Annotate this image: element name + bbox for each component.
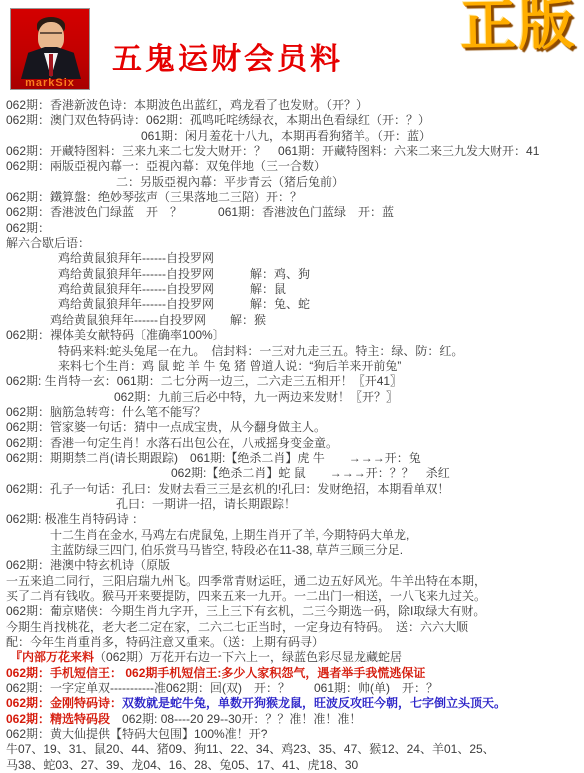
text-line: 062期：孔子一句话：孔曰：发财去看三三是玄机的!孔曰：发财绝招，本期看单双！ bbox=[6, 482, 580, 497]
text-line: 鸡给黄鼠狼拜年------自投罗网 解：鼠 bbox=[6, 282, 580, 297]
text-segment: 062期：管家婆一句话：猜中一点成宝贵，从今翻身做主人。 bbox=[6, 420, 326, 434]
text-segment: 062期：裸体美女献特码〔准确率100%〕 bbox=[6, 328, 225, 342]
text-segment: 062期：脑筋急转弯：什么笔不能写？ bbox=[6, 405, 206, 419]
page: { "header": { "title": "五鬼运财会员料", "stamp… bbox=[0, 0, 584, 773]
portrait-caption: markSix bbox=[11, 77, 89, 89]
text-line: 061期：闲月羞花十八九，本期再看狗猪羊。（开：蓝） bbox=[6, 129, 580, 144]
text-segment: 鸡给黄鼠狼拜年------自投罗网 解：兔、蛇 bbox=[58, 297, 310, 311]
text-line: 062期：精选特码段 062期: 08----20 29--30开：？？准！准！… bbox=[6, 712, 580, 727]
text-segment: 062期：手机短信王： 062期手机短信王:多少人家积怨气，遇者举手我慌逃保证 bbox=[6, 666, 425, 680]
text-line: 062期：香港一句定生肖！水落石出包公在，八戒摇身变金童。 bbox=[6, 436, 580, 451]
text-segment: 买了二肖有钱收。猴马开来要提防，四来五来一九开。一二出门一相送，一八飞来九过关。 bbox=[6, 589, 486, 603]
text-segment: 孔曰：一期讲一招，请长期跟踪！ bbox=[116, 497, 296, 511]
text-segment: 鸡给黄鼠狼拜年------自投罗网 解：鼠 bbox=[58, 282, 286, 296]
text-segment: 062期：澳门双色特码诗：062期：孤鸣吒咤绣绿衣，本期出色看绿红（开：？） bbox=[6, 113, 430, 127]
text-line: 062期：鐵算盤：绝妙琴弦声（三果落地二三陪）开：？ bbox=[6, 190, 580, 205]
text-line: 062期:【绝杀二肖】蛇 鼠 →→→开：？？ 杀红 bbox=[6, 466, 580, 481]
text-line: 062期：手机短信王： 062期手机短信王:多少人家积怨气，遇者举手我慌逃保证 bbox=[6, 666, 580, 681]
text-segment: 双数就是蛇牛兔，单数开狗猴龙鼠，旺波反攻旺今朝，七字倒立头顶天。 bbox=[122, 696, 506, 710]
text-segment: 062期：一字定单双-----------准062期：回(双) 开：？ 061期… bbox=[6, 681, 438, 695]
text-line: 主蓝防绿三四门, 伯乐赏马马皆空, 特段必在11-38, 草芦三顾三分足. bbox=[6, 543, 580, 558]
text-segment: 鸡给黄鼠狼拜年------自投罗网 解：鸡、狗 bbox=[58, 267, 310, 281]
text-segment: 二：另版亞視內幕：平步青云（猪后兔前） bbox=[116, 175, 344, 189]
text-segment: 一五来追二同行，三阳启瑞九州飞。四季常青财运旺，通二边五好风光。牛羊出特在本期， bbox=[6, 574, 486, 588]
text-line: 今期生肖找桃花，老大老二定在家，二六二七正当时，一定身边有特码。 送：六六大顺 bbox=[6, 620, 580, 635]
text-line: 062期：葡京赌侠：今期生肖九字开，三上三下有玄机，二三今期选一码，除I取绿大有… bbox=[6, 604, 580, 619]
text-line: 062期：澳门双色特码诗：062期：孤鸣吒咤绣绿衣，本期出色看绿红（开：？） bbox=[6, 113, 580, 128]
text-segment: 062期：香港一句定生肖！水落石出包公在，八戒摇身变金童。 bbox=[6, 436, 338, 450]
text-segment: 062期：香港波色门绿蓝 开 ？ 061期：香港波色门蓝绿 开：蓝 bbox=[6, 205, 394, 219]
text-segment: 『内部万花来料 bbox=[10, 650, 94, 664]
text-line: 062期：期期禁二肖(请长期跟踪) 061期:【绝杀二肖】虎 牛 →→→开：兔 bbox=[6, 451, 580, 466]
text-segment: 062期：期期禁二肖(请长期跟踪) 061期:【绝杀二肖】虎 牛 →→→开：兔 bbox=[6, 451, 421, 465]
text-line: 一五来追二同行，三阳启瑞九州飞。四季常青财运旺，通二边五好风光。牛羊出特在本期， bbox=[6, 574, 580, 589]
text-line: 062期： bbox=[6, 221, 580, 236]
text-line: 062期：开藏特图料：三来九来二七发大财开：？ 061期：开藏特图料：六来二来三… bbox=[6, 144, 580, 159]
text-line: 十二生肖在金水, 马鸡左右虎鼠兔, 上期生肖开了羊, 今期特码大单龙, bbox=[6, 528, 580, 543]
text-line: 鸡给黄鼠狼拜年------自投罗网 解：兔、蛇 bbox=[6, 297, 580, 312]
genuine-stamp: 正版 bbox=[459, 0, 576, 59]
text-segment: 062期: 极准生肖特码诗 ： bbox=[6, 512, 144, 526]
text-segment: （062期）万花开右边一下六上一，绿蓝色彩尽显龙藏蛇居 bbox=[94, 650, 402, 664]
text-segment: 062期：九前三后必中特，九一两边来发财！〖开？〗 bbox=[114, 390, 398, 404]
text-line: 062期：香港波色门绿蓝 开 ？ 061期：香港波色门蓝绿 开：蓝 bbox=[6, 205, 580, 220]
text-segment: 牛07、19、31、鼠20、44、猪09、狗11、22、34、鸡23、35、47… bbox=[6, 742, 495, 756]
text-segment: 062期：金刚特码诗： bbox=[6, 696, 122, 710]
text-line: 062期：九前三后必中特，九一两边来发财！〖开？〗 bbox=[6, 390, 580, 405]
text-line: 解六合歇后语： bbox=[6, 236, 580, 251]
text-segment: 062期：香港新波色诗：本期波色出蓝红，鸡龙看了也发财。（开？） bbox=[6, 98, 368, 112]
text-line: 买了二肖有钱收。猴马开来要提防，四来五来一九开。一二出门一相送，一八飞来九过关。 bbox=[6, 589, 580, 604]
text-line: 特码来料:蛇头兔尾一在九。 信封料：一三对九走三五。特主：绿、防：红。 bbox=[6, 344, 580, 359]
text-segment: 062期：鐵算盤：绝妙琴弦声（三果落地二三陪）开：？ bbox=[6, 190, 302, 204]
text-segment: 062期：开藏特图料：三来九来二七发大财开：？ 061期：开藏特图料：六来二来三… bbox=[6, 144, 539, 158]
page-title: 五鬼运财会员料 bbox=[112, 34, 343, 78]
text-line: 来料七个生肖：鸡 鼠 蛇 羊 牛 兔 猪 曾道人说：“狗后羊来开前兔” bbox=[6, 359, 580, 374]
page-header: markSix 五鬼运财会员料 正版 bbox=[0, 0, 584, 96]
text-segment: 今期生肖找桃花，老大老二定在家，二六二七正当时，一定身边有特码。 送：六六大顺 bbox=[6, 620, 468, 634]
text-line: 062期：港澳中特玄机诗（原版 bbox=[6, 558, 580, 573]
text-line: 『内部万花来料（062期）万花开右边一下六上一，绿蓝色彩尽显龙藏蛇居 bbox=[6, 650, 580, 665]
text-line: 062期: 极准生肖特码诗 ： bbox=[6, 512, 580, 527]
text-segment: 鸡给黄鼠狼拜年------自投罗网 bbox=[58, 251, 214, 265]
text-segment: 062期：精选特码段 bbox=[6, 712, 110, 726]
text-line: 孔曰：一期讲一招，请长期跟踪！ bbox=[6, 497, 580, 512]
text-segment: 061期：闲月羞花十八九，本期再看狗猪羊。（开：蓝） bbox=[141, 129, 431, 143]
text-line: 062期：脑筋急转弯：什么笔不能写？ bbox=[6, 405, 580, 420]
text-line: 062期：裸体美女献特码〔准确率100%〕 bbox=[6, 328, 580, 343]
portrait-tie-icon bbox=[49, 54, 53, 76]
text-line: 牛07、19、31、鼠20、44、猪09、狗11、22、34、鸡23、35、47… bbox=[6, 742, 580, 757]
text-segment: 配：今年生肖重肖多，特码注意又重来。（送：上期有码寻） bbox=[6, 635, 324, 649]
text-segment: 主蓝防绿三四门, 伯乐赏马马皆空, 特段必在11-38, 草芦三顾三分足. bbox=[50, 543, 403, 557]
text-segment: 鸡给黄鼠狼拜年------自投罗网 解：猴 bbox=[50, 313, 266, 327]
text-line: 062期：黄大仙提供【特码大包围】100%准！开? bbox=[6, 727, 580, 742]
text-line: 062期：一字定单双-----------准062期：回(双) 开：？ 061期… bbox=[6, 681, 580, 696]
text-segment: 特码来料:蛇头兔尾一在九。 信封料：一三对九走三五。特主：绿、防：红。 bbox=[58, 344, 463, 358]
text-line: 鸡给黄鼠狼拜年------自投罗网 解：猴 bbox=[6, 313, 580, 328]
text-segment: 062期: 生肖特一玄：061期：二七分两一边三，二六走三五相开！〖开41〗 bbox=[6, 374, 402, 388]
text-segment: 解六合歇后语： bbox=[6, 236, 90, 250]
text-line: 鸡给黄鼠狼拜年------自投罗网 解：鸡、狗 bbox=[6, 267, 580, 282]
text-segment: 062期：葡京赌侠：今期生肖九字开，三上三下有玄机，二三今期选一码，除I取绿大有… bbox=[6, 604, 485, 618]
text-segment: 马38、蛇03、27、39、龙04、16、28、兔05、17、41、虎18、30 bbox=[6, 758, 358, 772]
text-line: 鸡给黄鼠狼拜年------自投罗网 bbox=[6, 251, 580, 266]
text-segment: 062期: 08----20 29--30开：？？准！准！准！ bbox=[110, 712, 361, 726]
text-segment: 062期：兩版亞視內幕一：亞視內幕：双兔伴地（三一合数） bbox=[6, 159, 326, 173]
text-line: 062期：香港新波色诗：本期波色出蓝红，鸡龙看了也发财。（开？） bbox=[6, 98, 580, 113]
portrait-photo: markSix bbox=[10, 8, 90, 90]
text-line: 062期：金刚特码诗：双数就是蛇牛兔，单数开狗猴龙鼠，旺波反攻旺今朝，七字倒立头… bbox=[6, 696, 580, 711]
text-segment: 062期：黄大仙提供【特码大包围】100%准！开? bbox=[6, 727, 267, 741]
text-line: 配：今年生肖重肖多，特码注意又重来。（送：上期有码寻） bbox=[6, 635, 580, 650]
text-line: 马38、蛇03、27、39、龙04、16、28、兔05、17、41、虎18、30 bbox=[6, 758, 580, 773]
text-segment: 062期：港澳中特玄机诗（原版 bbox=[6, 558, 170, 572]
text-line: 二：另版亞視內幕：平步青云（猪后兔前） bbox=[6, 175, 580, 190]
portrait-glasses-icon bbox=[40, 32, 62, 39]
text-line: 062期：管家婆一句话：猜中一点成宝贵，从今翻身做主人。 bbox=[6, 420, 580, 435]
text-segment: 062期:【绝杀二肖】蛇 鼠 →→→开：？？ 杀红 bbox=[171, 466, 450, 480]
text-segment: 十二生肖在金水, 马鸡左右虎鼠兔, 上期生肖开了羊, 今期特码大单龙, bbox=[50, 528, 409, 542]
text-line: 062期: 生肖特一玄：061期：二七分两一边三，二六走三五相开！〖开41〗 bbox=[6, 374, 580, 389]
content-lines: 062期：香港新波色诗：本期波色出蓝红，鸡龙看了也发财。（开？）062期：澳门双… bbox=[0, 96, 584, 773]
text-segment: 062期： bbox=[6, 221, 50, 235]
text-segment: 来料七个生肖：鸡 鼠 蛇 羊 牛 兔 猪 曾道人说：“狗后羊来开前兔” bbox=[58, 359, 401, 373]
text-line: 062期：兩版亞視內幕一：亞視內幕：双兔伴地（三一合数） bbox=[6, 159, 580, 174]
text-segment: 062期：孔子一句话：孔曰：发财去看三三是玄机的!孔曰：发财绝招，本期看单双！ bbox=[6, 482, 449, 496]
